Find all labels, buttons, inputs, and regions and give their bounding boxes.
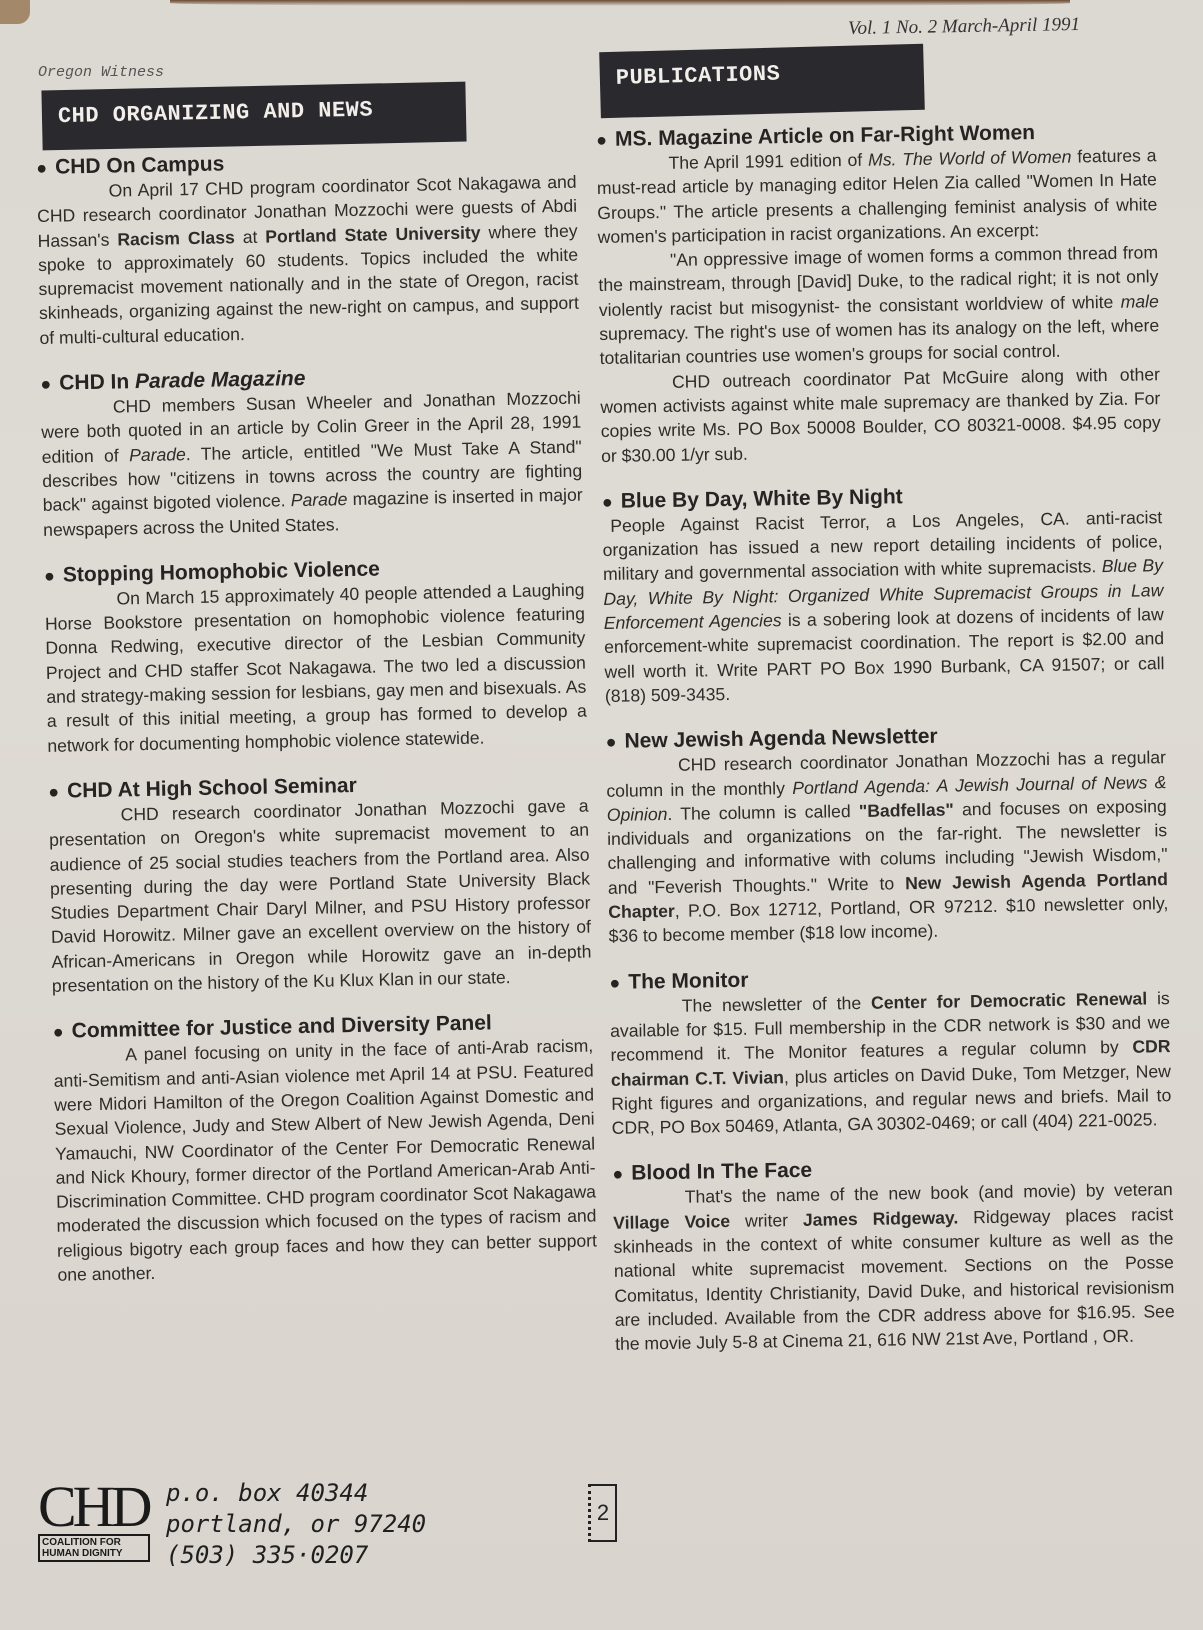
section-banner-publications: PUBLICATIONS <box>599 44 925 118</box>
page-corner <box>0 0 30 24</box>
bullet-icon: ● <box>40 372 51 396</box>
article-homophobic-violence: ● Stopping Homophobic Violence On March … <box>44 553 588 757</box>
article-body: The April 1991 edition of Ms. The World … <box>596 143 1161 468</box>
article-body: CHD members Susan Wheeler and Jonathan M… <box>41 386 584 542</box>
bullet-icon: ● <box>44 564 55 588</box>
article-body: On March 15 approximately 40 people atte… <box>44 577 587 757</box>
article-body: People Against Racist Terror, a Los Ange… <box>602 505 1165 708</box>
article-body: That's the name of the new book (and mov… <box>613 1177 1176 1356</box>
bullet-icon: ● <box>36 156 47 180</box>
article-justice-diversity-panel: ● Committee for Justice and Diversity Pa… <box>53 1010 598 1287</box>
article-new-jewish-agenda: ● New Jewish Agenda Newsletter CHD resea… <box>605 721 1168 948</box>
section-banner-organizing: CHD ORGANIZING AND NEWS <box>41 82 466 151</box>
newsletter-page: Vol. 1 No. 2 March-April 1991 Oregon Wit… <box>0 0 1203 1630</box>
article-body: On April 17 CHD program coordinator Scot… <box>36 170 579 350</box>
issue-volume: Vol. 1 No. 2 March-April 1991 <box>848 14 1080 40</box>
address-line-1: p.o. box 40344 <box>166 1478 426 1509</box>
logo-letters: CHD <box>38 1482 148 1532</box>
page-edge-shadow <box>170 0 1070 6</box>
article-body: A panel focusing on unity in the face of… <box>53 1034 598 1287</box>
bullet-icon: ● <box>48 780 59 804</box>
article-blue-by-day: ● Blue By Day, White By Night People Aga… <box>602 481 1165 708</box>
article-chd-on-campus: ● CHD On Campus On April 17 CHD program … <box>36 146 580 350</box>
article-body: The newsletter of the Center for Democra… <box>610 986 1172 1141</box>
bullet-icon: ● <box>596 128 607 152</box>
publication-name: Oregon Witness <box>38 64 164 81</box>
left-column: ● CHD On Campus On April 17 CHD program … <box>36 146 598 1309</box>
phone-number: (503) 335·0207 <box>166 1540 426 1571</box>
article-body: CHD research coordinator Jonathan Mozzoc… <box>606 745 1169 948</box>
article-high-school-seminar: ● CHD At High School Seminar CHD researc… <box>48 769 592 998</box>
bullet-icon: ● <box>612 1162 623 1186</box>
article-the-monitor: ● The Monitor The newsletter of the Cent… <box>609 962 1172 1141</box>
bullet-icon: ● <box>53 1020 64 1044</box>
article-ms-magazine: ● MS. Magazine Article on Far-Right Wome… <box>596 119 1161 468</box>
bullet-icon: ● <box>609 970 620 994</box>
article-body: CHD research coordinator Jonathan Mozzoc… <box>48 793 592 998</box>
article-blood-in-the-face: ● Blood In The Face That's the name of t… <box>612 1153 1175 1356</box>
bullet-icon: ● <box>602 490 613 514</box>
address-line-2: portland, or 97240 <box>166 1509 426 1540</box>
page-number: 2 <box>588 1484 617 1542</box>
chd-logo: CHD Coalition for Human Dignity <box>38 1482 148 1582</box>
handwritten-contact: p.o. box 40344 portland, or 97240 (503) … <box>166 1478 426 1571</box>
article-parade-magazine: ● CHD In Parade Magazine CHD members Sus… <box>40 362 583 542</box>
bullet-icon: ● <box>605 730 616 754</box>
right-column: ● MS. Magazine Article on Far-Right Wome… <box>596 119 1176 1378</box>
